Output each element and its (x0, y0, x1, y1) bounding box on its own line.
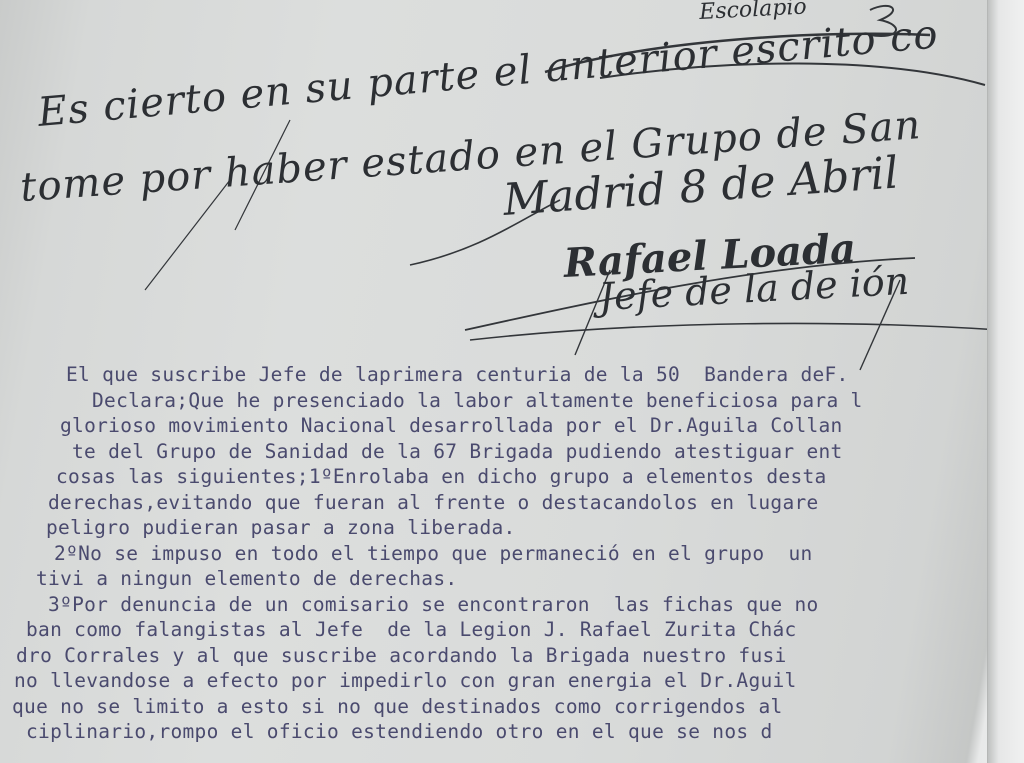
page-edge-fold (987, 0, 1024, 763)
typed-line: dro Corrales y al que suscribe acordando… (16, 643, 1020, 669)
typed-line: 3ºPor denuncia de un comisario se encont… (48, 592, 1020, 618)
typed-line: Declara;Que he presenciado la labor alta… (60, 388, 1020, 414)
document-page: Escolapio Es cierto en su parte el anter… (0, 0, 1024, 763)
typed-line: que no se limito a esto si no que destin… (12, 694, 1020, 720)
typed-line: peligro pudieran pasar a zona liberada. (46, 515, 1020, 541)
typed-line: ciplinario,rompo el oficio estendiendo o… (26, 719, 1020, 745)
typed-line: te del Grupo de Sanidad de la 67 Brigada… (60, 439, 1020, 465)
typed-line: El que suscribe Jefe de laprimera centur… (60, 362, 1020, 388)
typed-line: no llevandose a efecto por impedirlo con… (14, 668, 1020, 694)
typed-line: 2ºNo se impuso en todo el tiempo que per… (54, 541, 1020, 567)
typed-line: tivi a ningun elemento de derechas. (36, 566, 1020, 592)
typed-line: cosas las siguientes;1ºEnrolaba en dicho… (56, 464, 1020, 490)
typed-line: ban como falangistas al Jefe de la Legio… (26, 617, 1020, 643)
typed-line: derechas,evitando que fueran al frente o… (48, 490, 1020, 516)
typed-declaration: El que suscribe Jefe de laprimera centur… (60, 362, 1020, 745)
typed-line: glorioso movimiento Nacional desarrollad… (60, 413, 1020, 439)
